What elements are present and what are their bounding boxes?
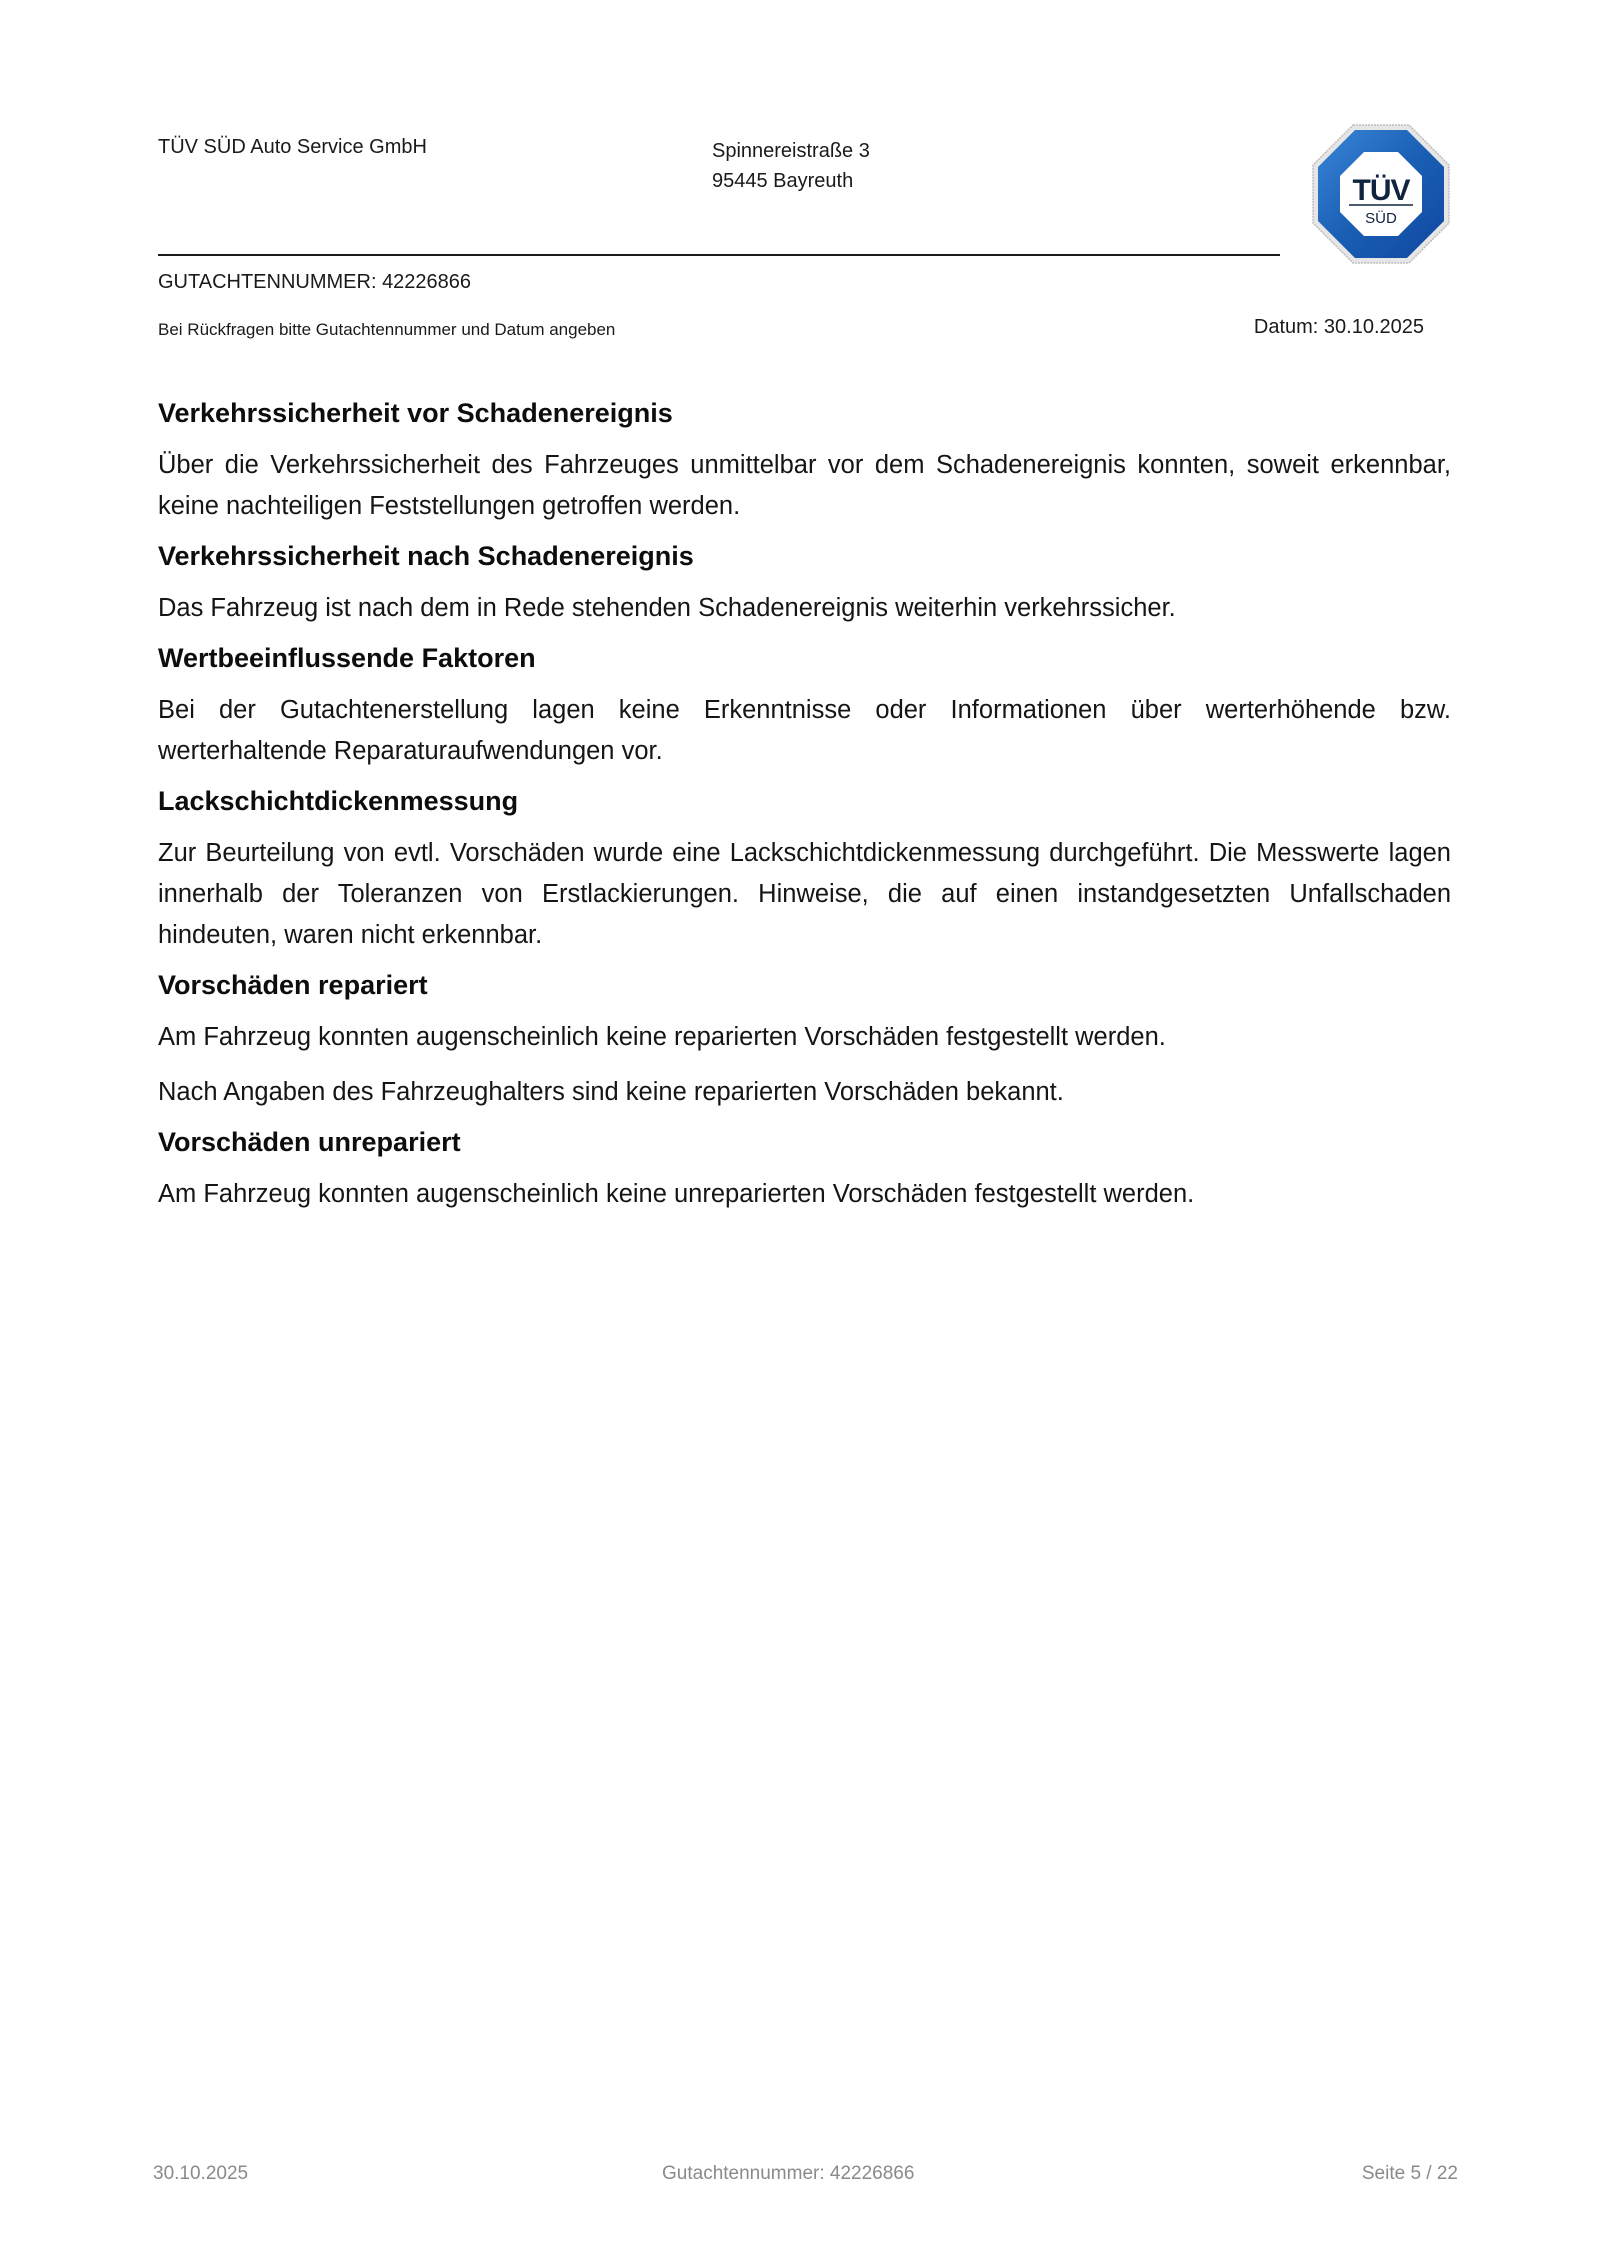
- tuv-sud-logo-icon: TÜV SÜD: [1311, 123, 1451, 265]
- section-title: Verkehrssicherheit nach Schadenereignis: [158, 537, 1451, 575]
- report-number: GUTACHTENNUMMER: 42226866: [158, 271, 471, 294]
- section-traffic-safety-after: Verkehrssicherheit nach Schadenereignis …: [158, 537, 1451, 629]
- report-body: Verkehrssicherheit vor Schadenereignis Ü…: [158, 394, 1451, 1215]
- section-paragraph: Zur Beurteilung von evtl. Vorschäden wur…: [158, 833, 1451, 956]
- address-street: Spinnereistraße 3: [712, 136, 870, 166]
- section-title: Lackschichtdickenmessung: [158, 782, 1451, 820]
- inquiry-hint: Bei Rückfragen bitte Gutachtennummer und…: [158, 320, 615, 340]
- section-title: Wertbeeinflussende Faktoren: [158, 639, 1451, 677]
- section-value-factors: Wertbeeinflussende Faktoren Bei der Guta…: [158, 639, 1451, 772]
- section-paragraph: Über die Verkehrssicherheit des Fahrzeug…: [158, 445, 1451, 527]
- company-address: Spinnereistraße 3 95445 Bayreuth: [712, 136, 870, 196]
- company-name: TÜV SÜD Auto Service GmbH: [158, 136, 427, 159]
- section-prior-damage-repaired: Vorschäden repariert Am Fahrzeug konnten…: [158, 966, 1451, 1113]
- footer-report-number: Gutachtennummer: 42226866: [662, 2163, 914, 2185]
- section-paint-thickness: Lackschichtdickenmessung Zur Beurteilung…: [158, 782, 1451, 956]
- section-prior-damage-unrepaired: Vorschäden unrepariert Am Fahrzeug konnt…: [158, 1123, 1451, 1215]
- logo-bottom-text: SÜD: [1365, 209, 1397, 227]
- section-title: Verkehrssicherheit vor Schadenereignis: [158, 394, 1451, 432]
- report-date: Datum: 30.10.2025: [1254, 316, 1424, 339]
- footer-date: 30.10.2025: [153, 2163, 248, 2185]
- section-traffic-safety-before: Verkehrssicherheit vor Schadenereignis Ü…: [158, 394, 1451, 527]
- footer-page-number: Seite 5 / 22: [1362, 2163, 1458, 2185]
- section-paragraph: Nach Angaben des Fahrzeughalters sind ke…: [158, 1072, 1451, 1113]
- section-title: Vorschäden unrepariert: [158, 1123, 1451, 1161]
- section-paragraph: Bei der Gutachtenerstellung lagen keine …: [158, 690, 1451, 772]
- header-divider: [158, 254, 1280, 256]
- section-title: Vorschäden repariert: [158, 966, 1451, 1004]
- section-paragraph: Am Fahrzeug konnten augenscheinlich kein…: [158, 1174, 1451, 1215]
- address-city: 95445 Bayreuth: [712, 166, 870, 196]
- section-paragraph: Das Fahrzeug ist nach dem in Rede stehen…: [158, 588, 1451, 629]
- section-paragraph: Am Fahrzeug konnten augenscheinlich kein…: [158, 1017, 1451, 1058]
- logo-top-text: TÜV: [1353, 174, 1411, 207]
